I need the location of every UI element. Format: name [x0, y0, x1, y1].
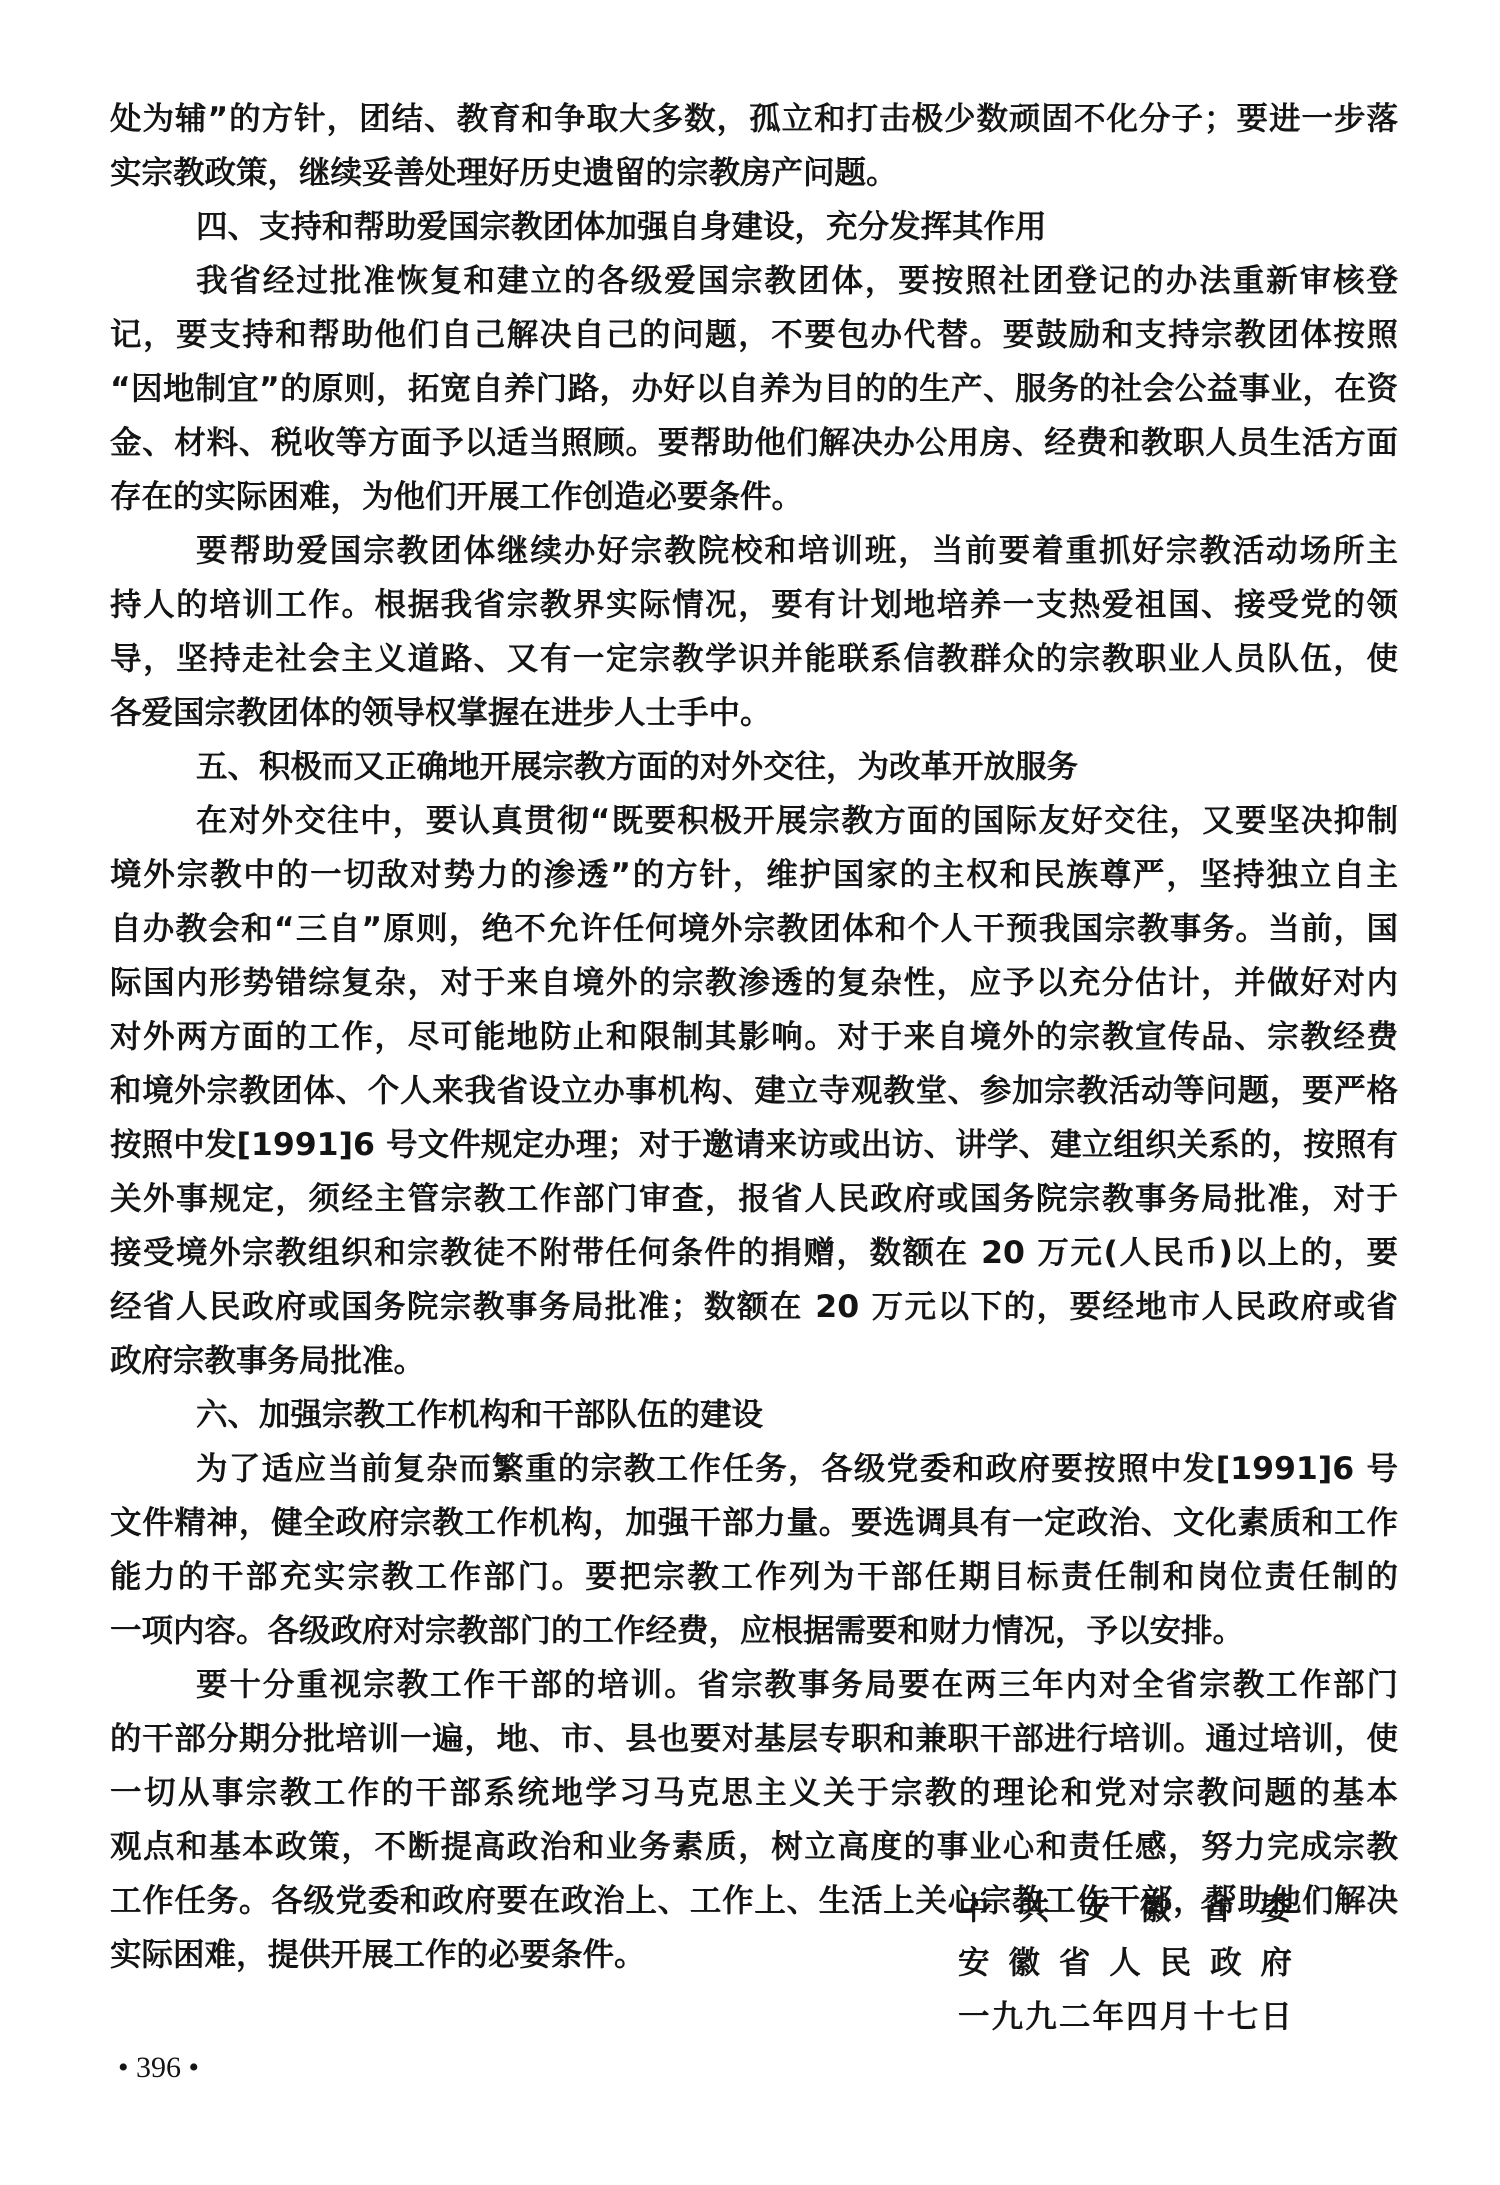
- text-line: 金、材料、税收等方面予以适当照顾。要帮助他们解决办公用房、经费和教职人员生活方面: [110, 416, 1398, 470]
- text-line: 记，要支持和帮助他们自己解决自己的问题，不要包办代替。要鼓励和支持宗教团体按照: [110, 308, 1398, 362]
- text-line: 为了适应当前复杂而繁重的宗教工作任务，各级党委和政府要按照中发[1991]6 号: [110, 1442, 1398, 1496]
- section-heading: 四、支持和帮助爱国宗教团体加强自身建设，充分发挥其作用: [110, 200, 1398, 254]
- issuer-party-committee: 中共安徽省委: [958, 1882, 1292, 1936]
- document-body: 处为辅”的方针，团结、教育和争取大多数，孤立和打击极少数顽固不化分子；要进一步落…: [110, 92, 1398, 1982]
- text-line: 存在的实际困难，为他们开展工作创造必要条件。: [110, 470, 1398, 524]
- text-line: 和境外宗教团体、个人来我省设立办事机构、建立寺观教堂、参加宗教活动等问题，要严格: [110, 1064, 1398, 1118]
- section-heading: 五、积极而又正确地开展宗教方面的对外交往，为改革开放服务: [110, 740, 1398, 794]
- text-line: 各爱国宗教团体的领导权掌握在进步人士手中。: [110, 686, 1398, 740]
- text-line: 接受境外宗教组织和宗教徒不附带任何条件的捐赠，数额在 20 万元(人民币)以上的…: [110, 1226, 1398, 1280]
- text-line: 一切从事宗教工作的干部系统地学习马克思主义关于宗教的理论和党对宗教问题的基本: [110, 1766, 1398, 1820]
- text-line: 要帮助爱国宗教团体继续办好宗教院校和培训班，当前要着重抓好宗教活动场所主: [110, 524, 1398, 578]
- text-line: 的干部分期分批培训一遍，地、市、县也要对基层专职和兼职干部进行培训。通过培训，使: [110, 1712, 1398, 1766]
- text-line: 经省人民政府或国务院宗教事务局批准；数额在 20 万元以下的，要经地市人民政府或…: [110, 1280, 1398, 1334]
- section-heading: 六、加强宗教工作机构和干部队伍的建设: [110, 1388, 1398, 1442]
- text-line: 导，坚持走社会主义道路、又有一定宗教学识并能联系信教群众的宗教职业人员队伍，使: [110, 632, 1398, 686]
- text-line: 对外两方面的工作，尽可能地防止和限制其影响。对于来自境外的宗教宣传品、宗教经费: [110, 1010, 1398, 1064]
- issue-date: 一九九二年四月十七日: [958, 1990, 1292, 2044]
- text-line: 际国内形势错综复杂，对于来自境外的宗教渗透的复杂性，应予以充分估计，并做好对内: [110, 956, 1398, 1010]
- text-line: 我省经过批准恢复和建立的各级爱国宗教团体，要按照社团登记的办法重新审核登: [110, 254, 1398, 308]
- text-line: 一项内容。各级政府对宗教部门的工作经费，应根据需要和财力情况，予以安排。: [110, 1604, 1398, 1658]
- text-line: 政府宗教事务局批准。: [110, 1334, 1398, 1388]
- text-line: 观点和基本政策，不断提高政治和业务素质，树立高度的事业心和责任感，努力完成宗教: [110, 1820, 1398, 1874]
- text-line: 要十分重视宗教工作干部的培训。省宗教事务局要在两三年内对全省宗教工作部门: [110, 1658, 1398, 1712]
- text-line: 能力的干部充实宗教工作部门。要把宗教工作列为干部任期目标责任制和岗位责任制的: [110, 1550, 1398, 1604]
- text-line: 关外事规定，须经主管宗教工作部门审查，报省人民政府或国务院宗教事务局批准，对于: [110, 1172, 1398, 1226]
- text-line: 自办教会和“三自”原则，绝不允许任何境外宗教团体和个人干预我国宗教事务。当前，国: [110, 902, 1398, 956]
- page-number: • 396 •: [118, 2048, 199, 2088]
- text-line: 处为辅”的方针，团结、教育和争取大多数，孤立和打击极少数顽固不化分子；要进一步落: [110, 92, 1398, 146]
- text-line: 按照中发[1991]6 号文件规定办理；对于邀请来访或出访、讲学、建立组织关系的…: [110, 1118, 1398, 1172]
- text-line: 实宗教政策，继续妥善处理好历史遗留的宗教房产问题。: [110, 146, 1398, 200]
- issuer-provincial-government: 安徽省人民政府: [958, 1936, 1292, 1990]
- text-line: “因地制宜”的原则，拓宽自养门路，办好以自养为目的的生产、服务的社会公益事业，在…: [110, 362, 1398, 416]
- signature-block: 中共安徽省委 安徽省人民政府 一九九二年四月十七日: [958, 1882, 1292, 2044]
- text-line: 境外宗教中的一切敌对势力的渗透”的方针，维护国家的主权和民族尊严，坚持独立自主: [110, 848, 1398, 902]
- text-line: 持人的培训工作。根据我省宗教界实际情况，要有计划地培养一支热爱祖国、接受党的领: [110, 578, 1398, 632]
- text-line: 在对外交往中，要认真贯彻“既要积极开展宗教方面的国际友好交往，又要坚决抑制: [110, 794, 1398, 848]
- text-line: 文件精神，健全政府宗教工作机构，加强干部力量。要选调具有一定政治、文化素质和工作: [110, 1496, 1398, 1550]
